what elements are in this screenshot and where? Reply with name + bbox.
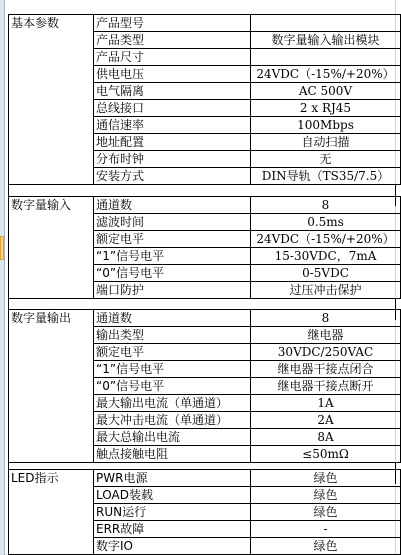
section-basic-params: 基本参数 产品型号 产品类型数字量输入输出模块 产品尺寸 供电电压24VDC（-… (8, 14, 401, 185)
param-key[interactable]: 安装方式 (94, 168, 251, 185)
param-key[interactable]: 通道数 (94, 197, 251, 214)
param-value[interactable]: - (251, 521, 401, 538)
param-value[interactable]: 8A (251, 429, 401, 446)
section-digital-output: 数字量输出 通道数 8 输出类型继电器 额定电平30VDC/250VAC “1”… (8, 309, 401, 463)
param-value[interactable]: 0-5VDC (251, 265, 401, 282)
param-key[interactable]: 产品类型 (94, 32, 251, 49)
category-label[interactable]: 数字量输入 (9, 197, 94, 299)
param-value[interactable]: 继电器干接点闭合 (251, 361, 401, 378)
param-key[interactable]: “1”信号电平 (94, 361, 251, 378)
param-key[interactable]: “1”信号电平 (94, 248, 251, 265)
param-key[interactable]: “0”信号电平 (94, 265, 251, 282)
param-value[interactable]: 2 x RJ45 (251, 100, 401, 117)
param-value[interactable]: AC 500V (251, 83, 401, 100)
param-key[interactable]: “0”信号电平 (94, 378, 251, 395)
param-value[interactable]: 无 (251, 151, 401, 168)
param-key[interactable]: 通信速率 (94, 117, 251, 134)
param-value[interactable]: 1A (251, 395, 401, 412)
category-label[interactable]: 数字量输出 (9, 310, 94, 463)
param-key[interactable]: 最大冲击电流（单通道） (94, 412, 251, 429)
param-key[interactable]: 产品型号 (94, 15, 251, 32)
param-key[interactable]: 额定电平 (94, 231, 251, 248)
selected-row-indicator[interactable] (0, 236, 4, 260)
param-value[interactable] (251, 49, 401, 66)
param-value[interactable]: 15-30VDC，7mA (251, 248, 401, 265)
param-key[interactable]: 数字IO (94, 538, 251, 555)
section-led-indicators: LED指示 PWR电源 绿色 LOAD装载绿色 RUN运行绿色 ERR故障- 数… (8, 469, 401, 555)
param-key[interactable]: 供电电压 (94, 66, 251, 83)
param-key[interactable]: 总线接口 (94, 100, 251, 117)
param-value[interactable]: 0.5ms (251, 214, 401, 231)
param-value[interactable]: 24VDC（-15%/+20%） (251, 231, 401, 248)
param-value[interactable]: 绿色 (251, 504, 401, 521)
param-value[interactable]: 自动扫描 (251, 134, 401, 151)
param-key[interactable]: 电气隔离 (94, 83, 251, 100)
param-value[interactable]: 继电器 (251, 327, 401, 344)
category-label[interactable]: 基本参数 (9, 15, 94, 185)
param-value[interactable]: 过压冲击保护 (251, 282, 401, 299)
param-key[interactable]: PWR电源 (94, 470, 251, 487)
param-key[interactable]: ERR故障 (94, 521, 251, 538)
param-key[interactable]: LOAD装载 (94, 487, 251, 504)
param-key[interactable]: 输出类型 (94, 327, 251, 344)
param-value[interactable]: 2A (251, 412, 401, 429)
param-key[interactable]: 产品尺寸 (94, 49, 251, 66)
param-key[interactable]: 通道数 (94, 310, 251, 327)
param-key[interactable]: RUN运行 (94, 504, 251, 521)
param-value[interactable]: 30VDC/250VAC (251, 344, 401, 361)
param-value[interactable]: 绿色 (251, 470, 401, 487)
param-value[interactable]: 24VDC（-15%/+20%） (251, 66, 401, 83)
param-key[interactable]: 最大输出电流（单通道） (94, 395, 251, 412)
param-key[interactable]: 地址配置 (94, 134, 251, 151)
param-value[interactable]: 绿色 (251, 538, 401, 555)
category-label[interactable]: LED指示 (9, 470, 94, 555)
param-value[interactable]: 继电器干接点断开 (251, 378, 401, 395)
param-value[interactable]: 绿色 (251, 487, 401, 504)
param-key[interactable]: 触点接触电阻 (94, 446, 251, 463)
param-value[interactable]: 数字量输入输出模块 (251, 32, 401, 49)
param-value[interactable]: 100Mbps (251, 117, 401, 134)
param-value[interactable] (251, 15, 401, 32)
param-value[interactable]: 8 (251, 310, 401, 327)
param-key[interactable]: 滤波时间 (94, 214, 251, 231)
param-value[interactable]: ≤50mΩ (251, 446, 401, 463)
param-value[interactable]: 8 (251, 197, 401, 214)
param-key[interactable]: 额定电平 (94, 344, 251, 361)
param-key[interactable]: 最大总输出电流 (94, 429, 251, 446)
param-value[interactable]: DIN导轨（TS35/7.5） (251, 168, 401, 185)
section-digital-input: 数字量输入 通道数 8 滤波时间0.5ms 额定电平24VDC（-15%/+20… (8, 196, 401, 299)
param-key[interactable]: 端口防护 (94, 282, 251, 299)
param-key[interactable]: 分布时钟 (94, 151, 251, 168)
spreadsheet-grid[interactable]: 基本参数 产品型号 产品类型数字量输入输出模块 产品尺寸 供电电压24VDC（-… (5, 0, 401, 555)
